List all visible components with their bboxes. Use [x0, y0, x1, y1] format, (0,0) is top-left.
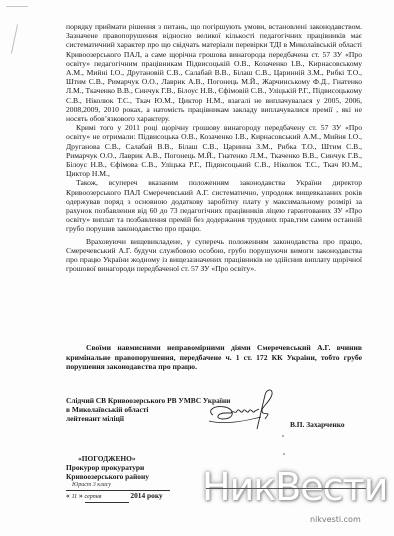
watermark: НикВести nikvesti.com: [202, 465, 382, 533]
prosecutor-signature-line: Юрист 3 класу: [66, 482, 170, 491]
margin-mark: [11, 24, 18, 54]
date-quote-close: »: [79, 491, 83, 500]
approval-line: Прокурор прокуратури: [66, 463, 186, 472]
paragraph: порядку приймати рішення з питань, що по…: [66, 22, 362, 123]
paragraph: Кримі того у 2011 році щорічну грошову в…: [66, 123, 362, 178]
conclusion-block: Своїми навмисними неправомірними діями С…: [66, 343, 362, 372]
document-page: порядку приймати рішення з питань, що по…: [0, 0, 394, 536]
date-quote-open: «: [66, 491, 70, 500]
approval-title: «ПОГОДЖЕНО»: [66, 454, 186, 463]
approval-block: «ПОГОДЖЕНО» Прокурор прокуратури Кривооз…: [66, 454, 186, 503]
paragraph: Враховуючи вищевикладене, у суперечь пол…: [66, 237, 362, 274]
document-body: порядку приймати рішення з питань, що по…: [66, 22, 362, 273]
margin-mark: [6, 6, 28, 7]
watermark-logo: НикВести: [202, 465, 382, 509]
watermark-url: nikvesti.com: [310, 515, 361, 524]
date-year: 2014 року: [130, 491, 162, 500]
paragraph: Також, всупереч вказаним положенням зако…: [66, 178, 362, 233]
date-month: серпня: [85, 493, 129, 503]
signer-name: В.П. Захарченко: [290, 420, 345, 429]
prosecutor-handwritten-signature: Юрист 3 класу: [72, 481, 111, 490]
speck: [283, 453, 285, 455]
handwritten-signature-icon: [205, 385, 285, 435]
conclusion-text: Своїми навмисними неправомірними діями С…: [66, 343, 362, 372]
speck: [282, 435, 284, 437]
approval-date: « 11 » серпня 2014 року: [66, 491, 186, 503]
date-day: 11: [72, 494, 78, 500]
handwritten-line: [206, 488, 366, 489]
